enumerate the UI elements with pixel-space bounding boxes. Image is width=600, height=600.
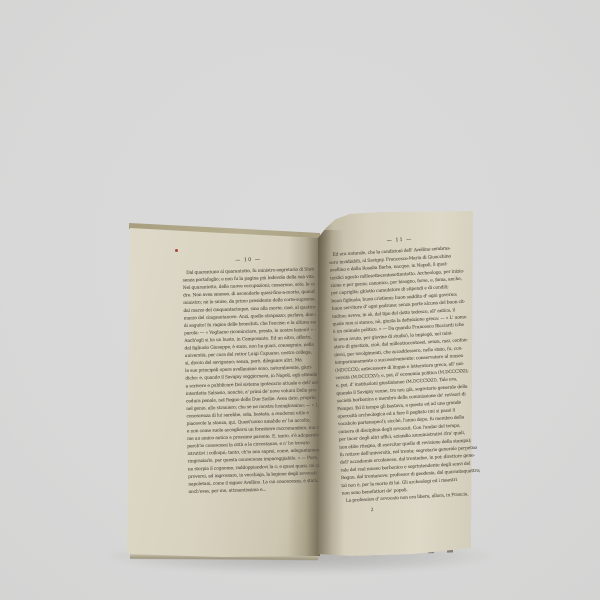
left-page-text: — 10 — Dal quarantuno al quarantotto, fu… [182, 254, 321, 496]
right-page-lines: Ed era naturale, che la condizioni dell'… [329, 244, 486, 506]
right-page-text: — 11 — Ed era naturale, che la condizion… [328, 232, 486, 515]
left-page-lines: Dal quarantuno al quarantotto, fu minist… [182, 266, 320, 496]
red-ink-speck [175, 249, 178, 252]
photo-backdrop: — 10 — Dal quarantuno al quarantotto, fu… [0, 0, 600, 600]
